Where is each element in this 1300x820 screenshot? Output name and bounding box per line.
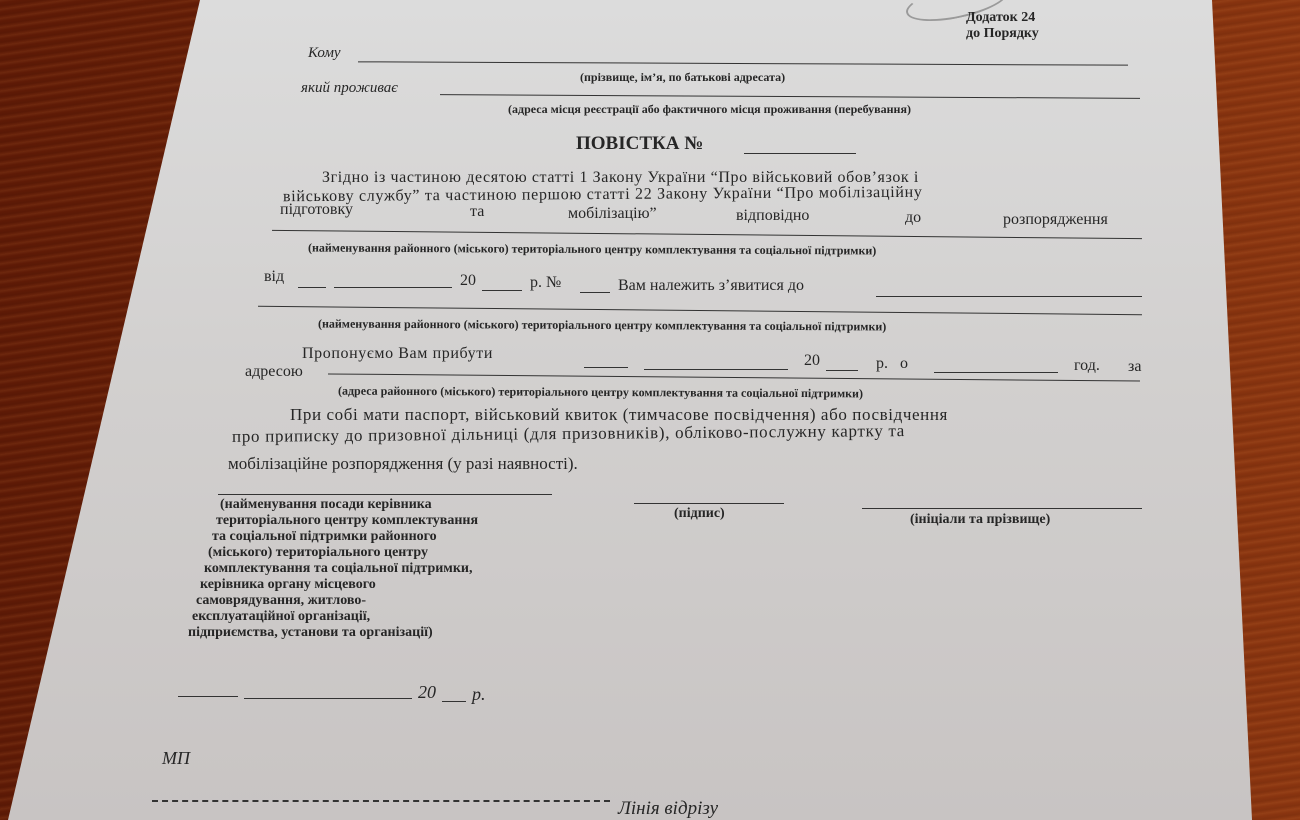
- arrive-year-line[interactable]: [826, 370, 858, 371]
- from-year-prefix: 20: [460, 272, 476, 290]
- arrive-month-line[interactable]: [644, 369, 788, 370]
- lives-hint: (адреса місця реєстрації або фактичного …: [508, 102, 911, 117]
- address-hint: (адреса районного (міського) територіаль…: [338, 384, 863, 402]
- arrive-year-suffix: р. о: [876, 355, 908, 373]
- cut-line: [152, 800, 610, 802]
- name-hint: (ініціали та прізвище): [910, 512, 1050, 528]
- address-label: адресою: [245, 363, 303, 381]
- date-year-prefix: 20: [418, 682, 436, 703]
- summons-paper: Додаток 24 до Порядку Кому (прізвище, ім…: [0, 0, 1300, 820]
- para1-line3-w2: та: [470, 203, 484, 221]
- appendix-line-2: до Порядку: [966, 26, 1039, 42]
- lives-label: який проживає: [301, 80, 398, 97]
- cut-line-label: Лінія відрізу: [618, 798, 718, 820]
- from-day-line[interactable]: [298, 287, 326, 288]
- arrive-text: Пропонуємо Вам прибути: [302, 345, 493, 363]
- date-month-line[interactable]: [244, 698, 412, 699]
- hours-label: год.: [1074, 357, 1100, 375]
- from-year-suffix: р. №: [530, 274, 561, 292]
- appear-to-line[interactable]: [876, 296, 1142, 297]
- order-number-line[interactable]: [580, 292, 610, 293]
- summons-number-line[interactable]: [744, 153, 856, 154]
- arrive-time-line[interactable]: [934, 372, 1058, 373]
- center-field-line-2[interactable]: [258, 306, 1142, 315]
- lives-field-line[interactable]: [440, 94, 1140, 99]
- center-hint-1: (найменування районного (міського) терит…: [308, 241, 876, 259]
- appear-text: Вам належить з’явитися до: [618, 277, 804, 295]
- name-field-line[interactable]: [862, 508, 1142, 509]
- para1-line3-w3: мобілізацію”: [568, 205, 657, 223]
- to-field-line[interactable]: [358, 61, 1128, 65]
- para1-line3-w6: розпорядження: [1003, 211, 1108, 229]
- para1-line3-w1: підготовку: [280, 201, 353, 219]
- para2-line3: мобілізаційне розпорядження (у разі наяв…: [228, 454, 578, 474]
- to-label: Кому: [308, 45, 341, 62]
- from-label: від: [264, 268, 284, 286]
- appendix-line-1: Додаток 24: [966, 10, 1035, 26]
- position-field-line[interactable]: [218, 494, 552, 495]
- arrive-year-prefix: 20: [804, 352, 820, 370]
- para1-line3-w4: відповідно: [736, 207, 809, 225]
- signature-hint: (підпис): [674, 506, 725, 522]
- address-field-line[interactable]: [328, 373, 1140, 381]
- date-day-line[interactable]: [178, 696, 238, 697]
- at-label: за: [1128, 358, 1141, 376]
- center-hint-2: (найменування районного (міського) терит…: [318, 317, 886, 335]
- page-title: ПОВІСТКА №: [576, 133, 703, 155]
- stamp-label: МП: [162, 748, 190, 769]
- to-hint: (прізвище, ім’я, по батькові адресата): [580, 70, 785, 85]
- para1-line2: військову службу” та частиною першою ста…: [283, 184, 923, 206]
- date-year-suffix: р.: [472, 684, 486, 705]
- signature-field-line[interactable]: [634, 503, 784, 504]
- date-year-line[interactable]: [442, 701, 466, 702]
- from-year-line[interactable]: [482, 290, 522, 291]
- arrive-day-line[interactable]: [584, 367, 628, 368]
- position-hint: (найменування посади керівника територіа…: [186, 497, 566, 641]
- center-field-line-1[interactable]: [272, 230, 1142, 239]
- from-month-line[interactable]: [334, 287, 452, 288]
- para1-line3-w5: до: [905, 209, 921, 227]
